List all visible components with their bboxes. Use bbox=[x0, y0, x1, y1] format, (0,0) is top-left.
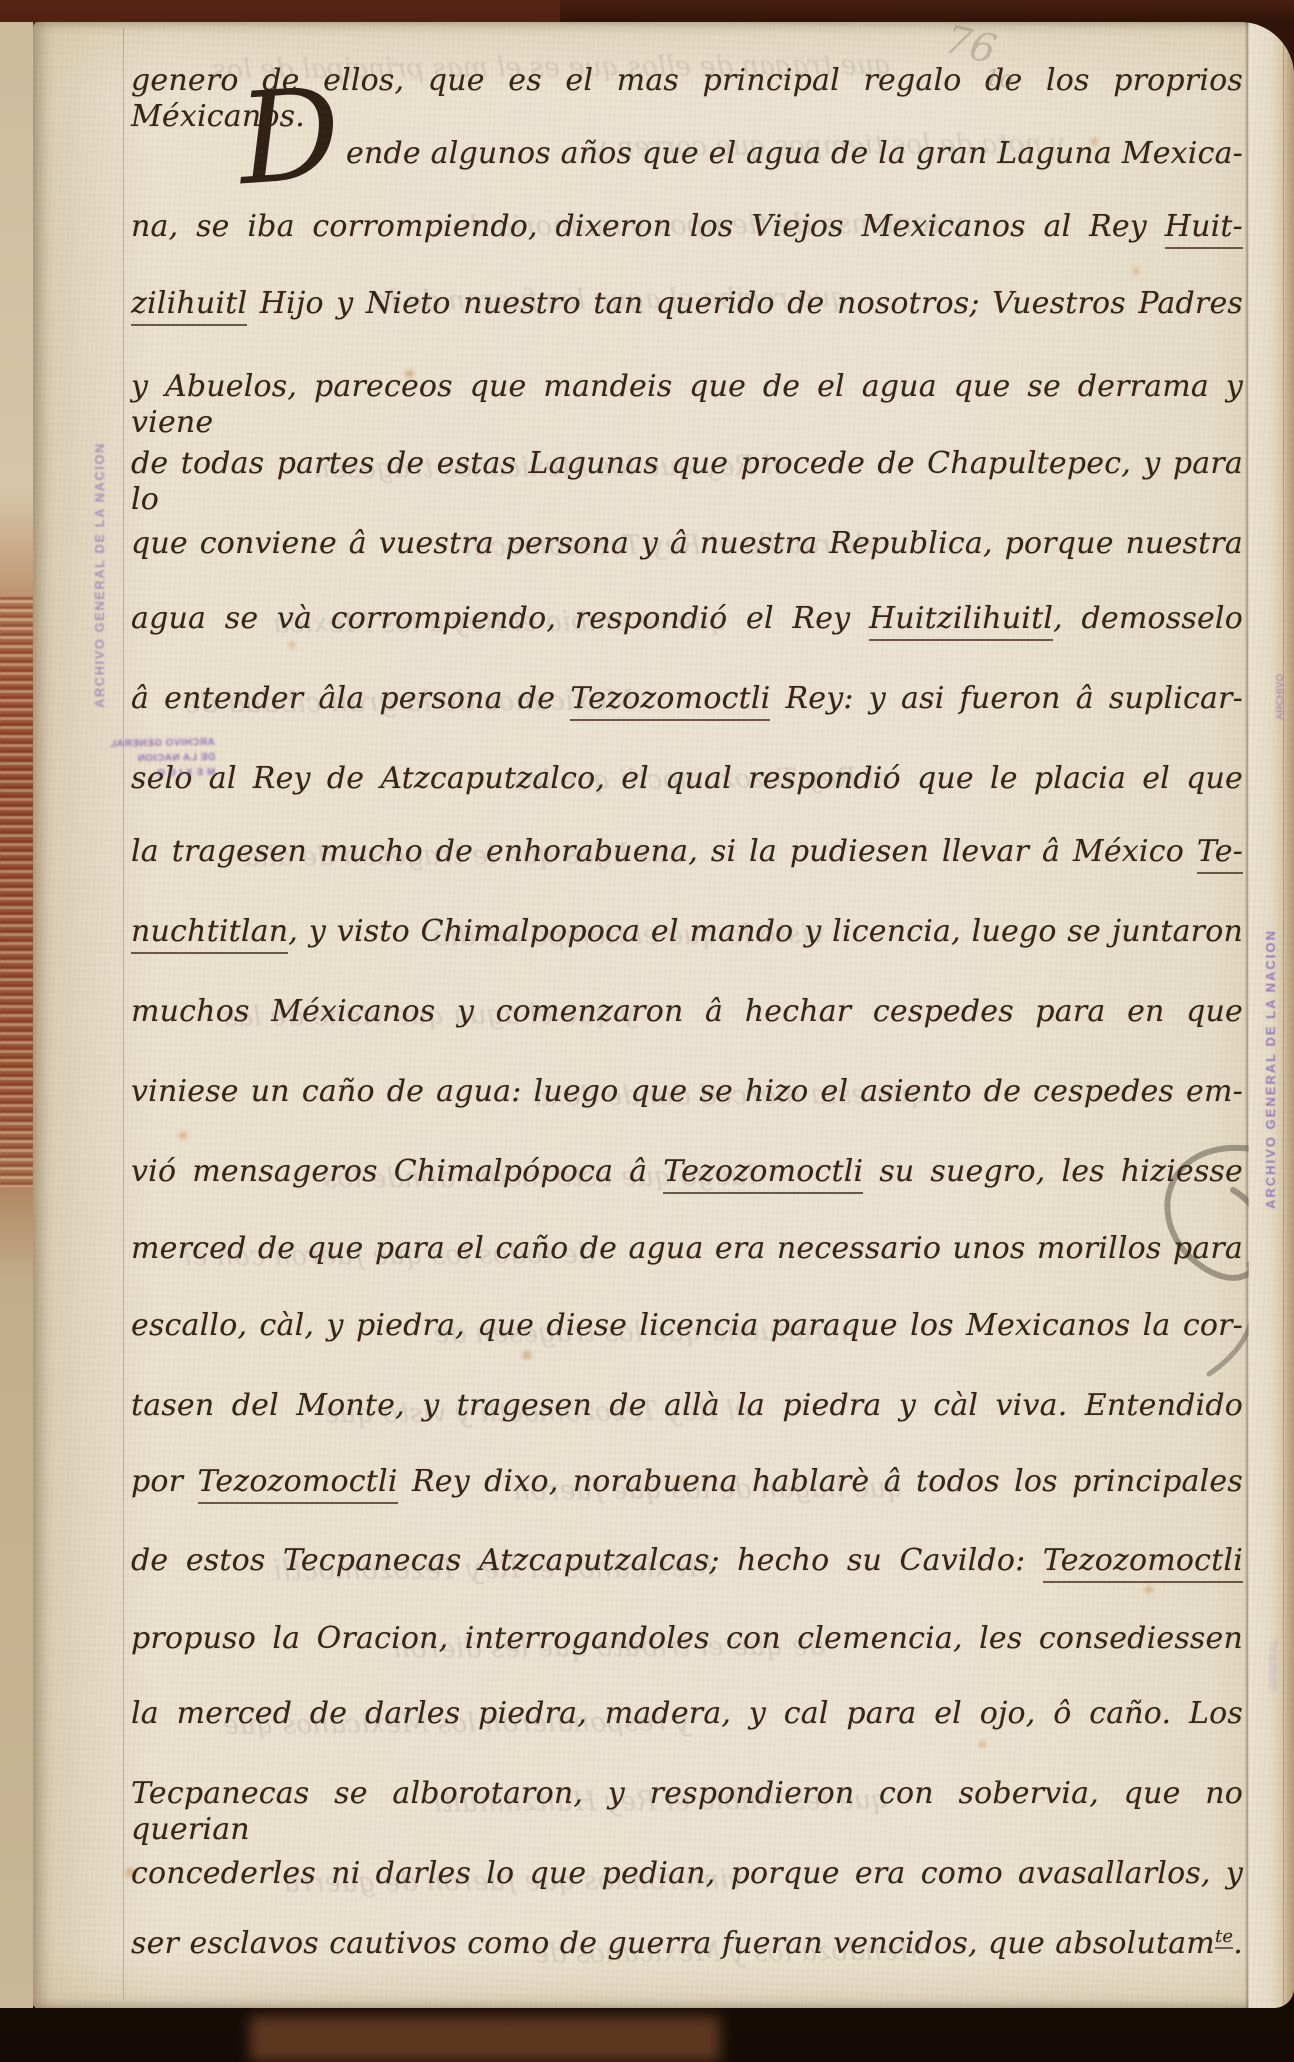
manuscript-line: muchos Méxicanos y comenzaron â hechar c… bbox=[131, 994, 1243, 1042]
text-segment: tasen del Monte, y tragesen de allà la p… bbox=[131, 1388, 1243, 1423]
underlined-name: Tezozomoctli bbox=[570, 681, 770, 721]
pencil-annotation-folio: 1o bbox=[984, 65, 1015, 94]
manuscript-line: zilihuitl Hijo y Nieto nuestro tan queri… bbox=[131, 286, 1243, 334]
manuscript-line: por Tezozomoctli Rey dixo, norabuena hab… bbox=[131, 1464, 1243, 1512]
text-segment: . bbox=[1233, 1926, 1243, 1961]
manuscript-page: que tragan de ellos que es el mas princi… bbox=[33, 22, 1294, 2008]
manuscript-line: la merced de darles piedra, madera, y ca… bbox=[131, 1696, 1243, 1744]
text-segment: genero de ellos, que es el mas principal… bbox=[131, 63, 1243, 134]
underlined-name: Tezozomoctli bbox=[663, 1154, 863, 1194]
stacked-page-edges bbox=[0, 22, 33, 2008]
underlined-name: Huitzilihuitl bbox=[869, 601, 1053, 641]
manuscript-line: nuchtitlan, y visto Chimalpopoca el mand… bbox=[131, 914, 1243, 962]
text-segment: la merced de darles piedra, madera, y ca… bbox=[131, 1696, 1243, 1731]
manuscript-line: ser esclavos cautivos como de guerra fue… bbox=[131, 1926, 1243, 1974]
text-segment: de todas partes de estas Lagunas que pro… bbox=[131, 446, 1243, 517]
text-segment: , y visto Chimalpopoca el mando y licenc… bbox=[288, 914, 1243, 949]
manuscript-line: ende algunos años que el agua de la gran… bbox=[346, 136, 1243, 184]
text-segment: te bbox=[1215, 1926, 1233, 1949]
text-segment: la tragesen mucho de enhorabuena, si la … bbox=[131, 834, 1197, 869]
underlined-name: Huit- bbox=[1165, 209, 1243, 249]
text-segment: concederles ni darles lo que pedian, por… bbox=[131, 1856, 1243, 1891]
text-segment: viniese un caño de agua: luego que se hi… bbox=[131, 1074, 1243, 1109]
text-segment: su suegro, les hiziesse bbox=[863, 1154, 1243, 1189]
underlined-name: nuchtitlan bbox=[131, 914, 288, 954]
red-stained-leaf-edges bbox=[0, 597, 33, 1187]
manuscript-line: agua se và corrompiendo, respondió el Re… bbox=[131, 601, 1243, 649]
archive-stamp-line1: ARCHIVO GENERAL DE LA NACION bbox=[97, 735, 216, 767]
text-segment: vió mensageros Chimalpópoca â bbox=[131, 1154, 663, 1189]
manuscript-line: genero de ellos, que es el mas principal… bbox=[131, 63, 1243, 111]
underlined-name: Tezozomoctli bbox=[1043, 1543, 1243, 1583]
underlined-name: Te- bbox=[1197, 834, 1243, 874]
manuscript-line: â entender âla persona de Tezozomoctli R… bbox=[131, 681, 1243, 729]
manuscript-line: vió mensageros Chimalpópoca â Tezozomoct… bbox=[131, 1154, 1243, 1202]
manuscript-line: Tecpanecas se alborotaron, y respondiero… bbox=[131, 1776, 1243, 1824]
text-segment: escallo, càl, y piedra, que diese licenc… bbox=[131, 1308, 1243, 1343]
text-segment: merced de que para el caño de agua era n… bbox=[131, 1231, 1243, 1266]
manuscript-line: concederles ni darles lo que pedian, por… bbox=[131, 1856, 1243, 1904]
text-segment: selo al Rey de Atzcaputzalco, el qual re… bbox=[131, 761, 1243, 796]
manuscript-line: na, se iba corrompiendo, dixeron los Vie… bbox=[131, 209, 1243, 257]
text-segment: ser esclavos cautivos como de guerra fue… bbox=[131, 1926, 1215, 1961]
manuscript-line: selo al Rey de Atzcaputzalco, el qual re… bbox=[131, 761, 1243, 809]
manuscript-line: de estos Tecpanecas Atzcaputzalcas; hech… bbox=[131, 1543, 1243, 1591]
text-segment: muchos Méxicanos y comenzaron â hechar c… bbox=[131, 994, 1243, 1029]
underlined-name: zilihuitl bbox=[131, 286, 247, 326]
text-segment: de estos Tecpanecas Atzcaputzalcas; hech… bbox=[131, 1543, 1043, 1578]
manuscript-line: escallo, càl, y piedra, que diese licenc… bbox=[131, 1308, 1243, 1356]
text-segment: Tecpanecas se alborotaron, y respondiero… bbox=[131, 1776, 1243, 1847]
book-scan: que tragan de ellos que es el mas princi… bbox=[0, 0, 1294, 2062]
archive-stamp-right-faint: GENERAL bbox=[1269, 1580, 1280, 1692]
manuscript-line: de todas partes de estas Lagunas que pro… bbox=[131, 446, 1243, 494]
text-segment: â entender âla persona de bbox=[131, 681, 570, 716]
archive-stamp-left-block: ARCHIVO GENERAL DE LA NACION M E X I C O bbox=[97, 735, 216, 782]
text-segment: Rey dixo, norabuena hablarè â todos los … bbox=[398, 1464, 1243, 1499]
manuscript-text: genero de ellos, que es el mas principal… bbox=[33, 22, 1294, 2008]
manuscript-line: la tragesen mucho de enhorabuena, si la … bbox=[131, 834, 1243, 882]
manuscript-line: y Abuelos, pareceos que mandeis que de e… bbox=[131, 369, 1243, 417]
text-segment: propuso la Oracion, interrogandoles con … bbox=[131, 1621, 1243, 1656]
archive-stamp-right-small: ARCHIVO bbox=[1276, 672, 1286, 720]
manuscript-line: merced de que para el caño de agua era n… bbox=[131, 1231, 1243, 1279]
manuscript-line: viniese un caño de agua: luego que se hi… bbox=[131, 1074, 1243, 1122]
manuscript-line: tasen del Monte, y tragesen de allà la p… bbox=[131, 1388, 1243, 1436]
text-segment: que conviene â vuestra persona y â nuest… bbox=[131, 526, 1243, 561]
text-segment: agua se và corrompiendo, respondió el Re… bbox=[131, 601, 869, 636]
text-segment: ende algunos años que el agua de la gran… bbox=[346, 136, 1243, 171]
text-segment: Hijo y Nieto nuestro tan querido de noso… bbox=[247, 286, 1243, 321]
text-segment: y Abuelos, pareceos que mandeis que de e… bbox=[131, 369, 1243, 440]
text-segment: na, se iba corrompiendo, dixeron los Vie… bbox=[131, 209, 1165, 244]
archive-stamp-left-vertical: ARCHIVO GENERAL DE LA NACION bbox=[93, 550, 106, 708]
archive-stamp-right-vertical: ARCHIVO GENERAL DE LA NACION bbox=[1264, 941, 1277, 1209]
manuscript-line: que conviene â vuestra persona y â nuest… bbox=[131, 526, 1243, 574]
text-segment: Rey: y asi fueron â suplicar- bbox=[770, 681, 1243, 716]
text-segment: , demosselo bbox=[1053, 601, 1243, 636]
text-segment: por bbox=[131, 1464, 198, 1499]
archive-stamp-line2: M E X I C O bbox=[97, 765, 215, 782]
manuscript-line: propuso la Oracion, interrogandoles con … bbox=[131, 1621, 1243, 1669]
next-page-edge-line bbox=[1283, 22, 1284, 2008]
book-cover-bottom bbox=[250, 2016, 720, 2062]
underlined-name: Tezozomoctli bbox=[198, 1464, 398, 1504]
